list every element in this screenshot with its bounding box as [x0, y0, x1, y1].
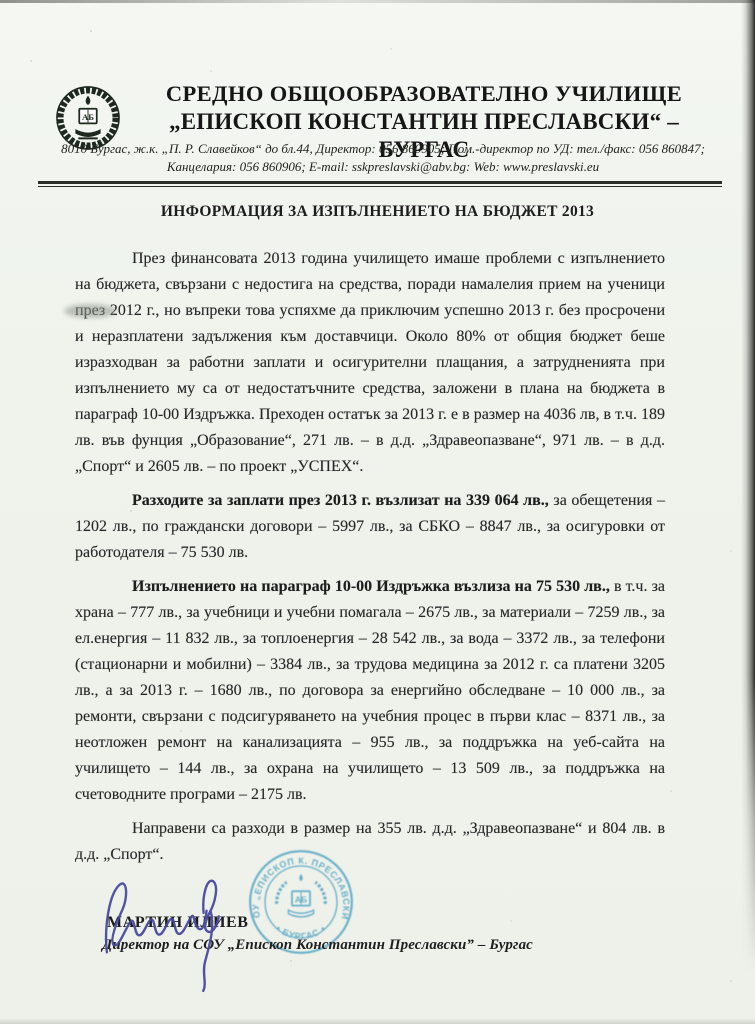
- scan-noise: [90, 30, 92, 32]
- stamp-flame-icon: [299, 874, 303, 881]
- paragraph-lead: Изпълнението на параграф 10-00 Издръжка …: [132, 578, 610, 595]
- paragraph-text: През финансовата 2013 година училището и…: [75, 250, 665, 475]
- handwritten-signature: [93, 847, 248, 1002]
- document-title: ИНФОРМАЦИЯ ЗА ИЗПЪЛНЕНИЕТО НА БЮДЖЕТ 201…: [0, 203, 755, 221]
- scan-edge-top: [0, 0, 755, 3]
- letterhead-rule: [38, 181, 722, 187]
- school-name-line1: СРЕДНО ОБЩООБРАЗОВАТЕЛНО УЧИЛИЩЕ: [128, 80, 720, 108]
- scanned-document-page: АБ СРЕДНО ОБЩООБРАЗОВАТЕЛНО УЧИЛИЩЕ „ЕПИ…: [0, 0, 755, 1024]
- stamp-wreath-left: [277, 882, 287, 904]
- correction-smudge: [64, 304, 116, 318]
- scan-edge-bottom: [0, 1018, 755, 1024]
- paragraph-text: в т.ч. за храна – 777 лв., за учебници и…: [75, 578, 665, 803]
- stamp-wreath-right: [315, 882, 325, 904]
- scan-edge-right: [741, 0, 755, 1024]
- signature-descender: [201, 911, 215, 991]
- stamp-book-icon: [288, 910, 313, 917]
- document-body: През финансовата 2013 година училището и…: [75, 246, 665, 876]
- rule-thin-line: [38, 186, 722, 187]
- signature-end-loop: [202, 881, 219, 933]
- contact-line-address: 8010 Бургас, ж.к. „П. Р. Славейков“ до б…: [42, 140, 724, 158]
- paragraph-maintenance: Изпълнението на параграф 10-00 Издръжка …: [75, 574, 665, 808]
- paragraph-salaries: Разходите за заплати през 2013 г. възлиз…: [75, 488, 665, 566]
- rule-thick-line: [38, 181, 722, 184]
- paragraph-lead: Разходите за заплати през 2013 г. възлиз…: [132, 492, 549, 509]
- logo-letters: АБ: [82, 112, 94, 122]
- letterhead-contacts: 8010 Бургас, ж.к. „П. Р. Славейков“ до б…: [42, 140, 724, 175]
- contact-line-email-web: Канцелария: 056 860906; E-mail: sskpresl…: [42, 158, 724, 176]
- signature-main-stroke: [104, 881, 208, 953]
- scan-noise: [30, 60, 32, 62]
- stamp-center-letters: АБ: [295, 894, 307, 904]
- paragraph-budget-overview: През финансовата 2013 година училището и…: [75, 246, 665, 480]
